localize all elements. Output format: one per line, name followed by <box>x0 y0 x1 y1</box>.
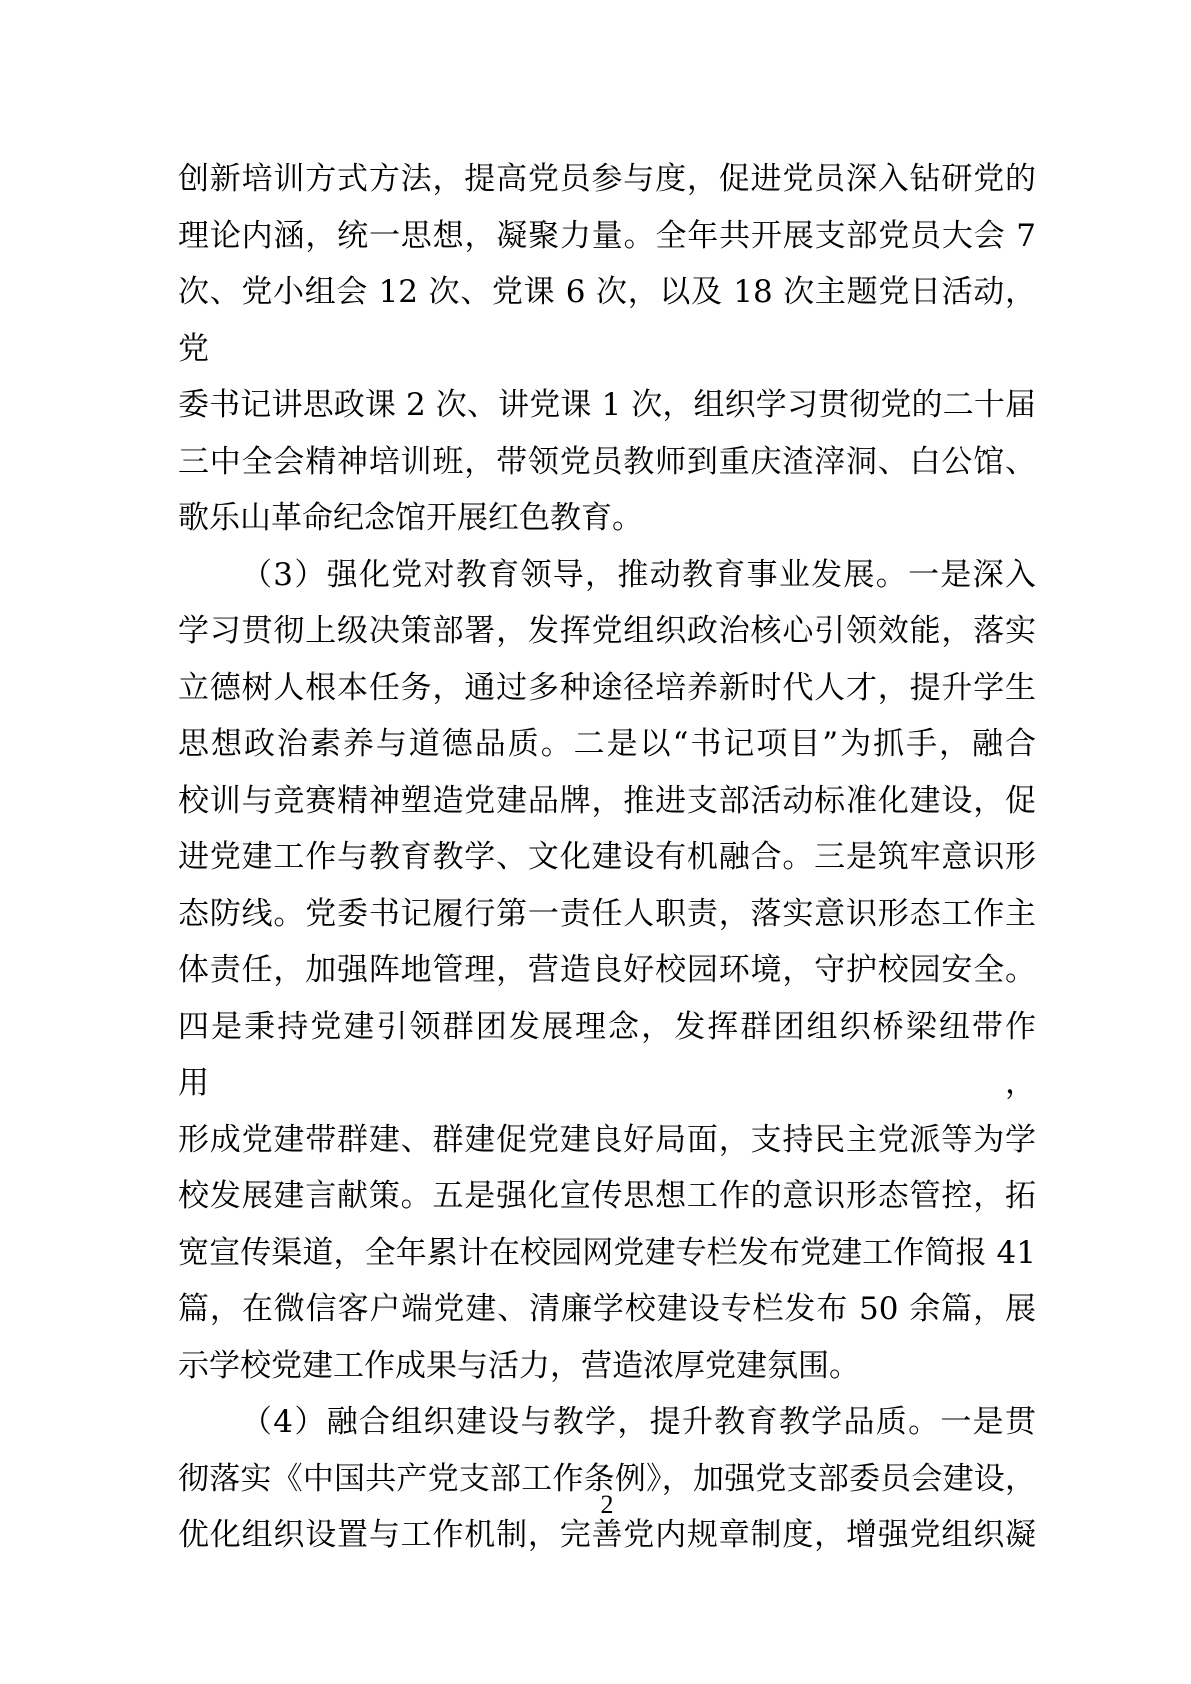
page-number: 2 <box>178 1490 1036 1520</box>
text-line: 校发展建言献策。五是强化宣传思想工作的意识形态管控，拓 <box>178 1168 1036 1225</box>
text-line: （4）融合组织建设与教学，提升教育教学品质。一是贯 <box>178 1394 1036 1451</box>
text-line: 态防线。党委书记履行第一责任人职责，落实意识形态工作主 <box>178 886 1036 943</box>
text-line: 创新培训方式方法，提高党员参与度，促进党员深入钻研党的 <box>178 151 1036 208</box>
text-line: 思想政治素养与道德品质。二是以“书记项目”为抓手，融合 <box>178 716 1036 773</box>
text-line: （3）强化党对教育领导，推动教育事业发展。一是深入 <box>178 547 1036 604</box>
text-line: 宽宣传渠道，全年累计在校园网党建专栏发布党建工作简报 41 <box>178 1225 1036 1282</box>
text-line: 进党建工作与教育教学、文化建设有机融合。三是筑牢意识形 <box>178 829 1036 886</box>
document-page: 创新培训方式方法，提高党员参与度，促进党员深入钻研党的理论内涵，统一思想，凝聚力… <box>0 0 1191 1684</box>
text-line: 理论内涵，统一思想，凝聚力量。全年共开展支部党员大会 7 <box>178 208 1036 265</box>
text-line: 歌乐山革命纪念馆开展红色教育。 <box>178 490 1036 547</box>
text-line: 次、党小组会 12 次、党课 6 次，以及 18 次主题党日活动，党 <box>178 264 1036 377</box>
text-line: 三中全会精神培训班，带领党员教师到重庆渣滓洞、白公馆、 <box>178 434 1036 491</box>
document-body: 创新培训方式方法，提高党员参与度，促进党员深入钻研党的理论内涵，统一思想，凝聚力… <box>178 151 1036 1564</box>
text-line: 形成党建带群建、群建促党建良好局面，支持民主党派等为学 <box>178 1112 1036 1169</box>
text-line: 四是秉持党建引领群团发展理念，发挥群团组织桥梁纽带作用， <box>178 999 1036 1112</box>
text-line: 示学校党建工作成果与活力，营造浓厚党建氛围。 <box>178 1338 1036 1395</box>
text-line: 立德树人根本任务，通过多种途径培养新时代人才，提升学生 <box>178 660 1036 717</box>
text-line: 篇，在微信客户端党建、清廉学校建设专栏发布 50 余篇，展 <box>178 1281 1036 1338</box>
text-line: 学习贯彻上级决策部署，发挥党组织政治核心引领效能，落实 <box>178 603 1036 660</box>
text-line: 委书记讲思政课 2 次、讲党课 1 次，组织学习贯彻党的二十届 <box>178 377 1036 434</box>
text-line: 校训与竞赛精神塑造党建品牌，推进支部活动标准化建设，促 <box>178 773 1036 830</box>
text-line: 体责任，加强阵地管理，营造良好校园环境，守护校园安全。 <box>178 942 1036 999</box>
